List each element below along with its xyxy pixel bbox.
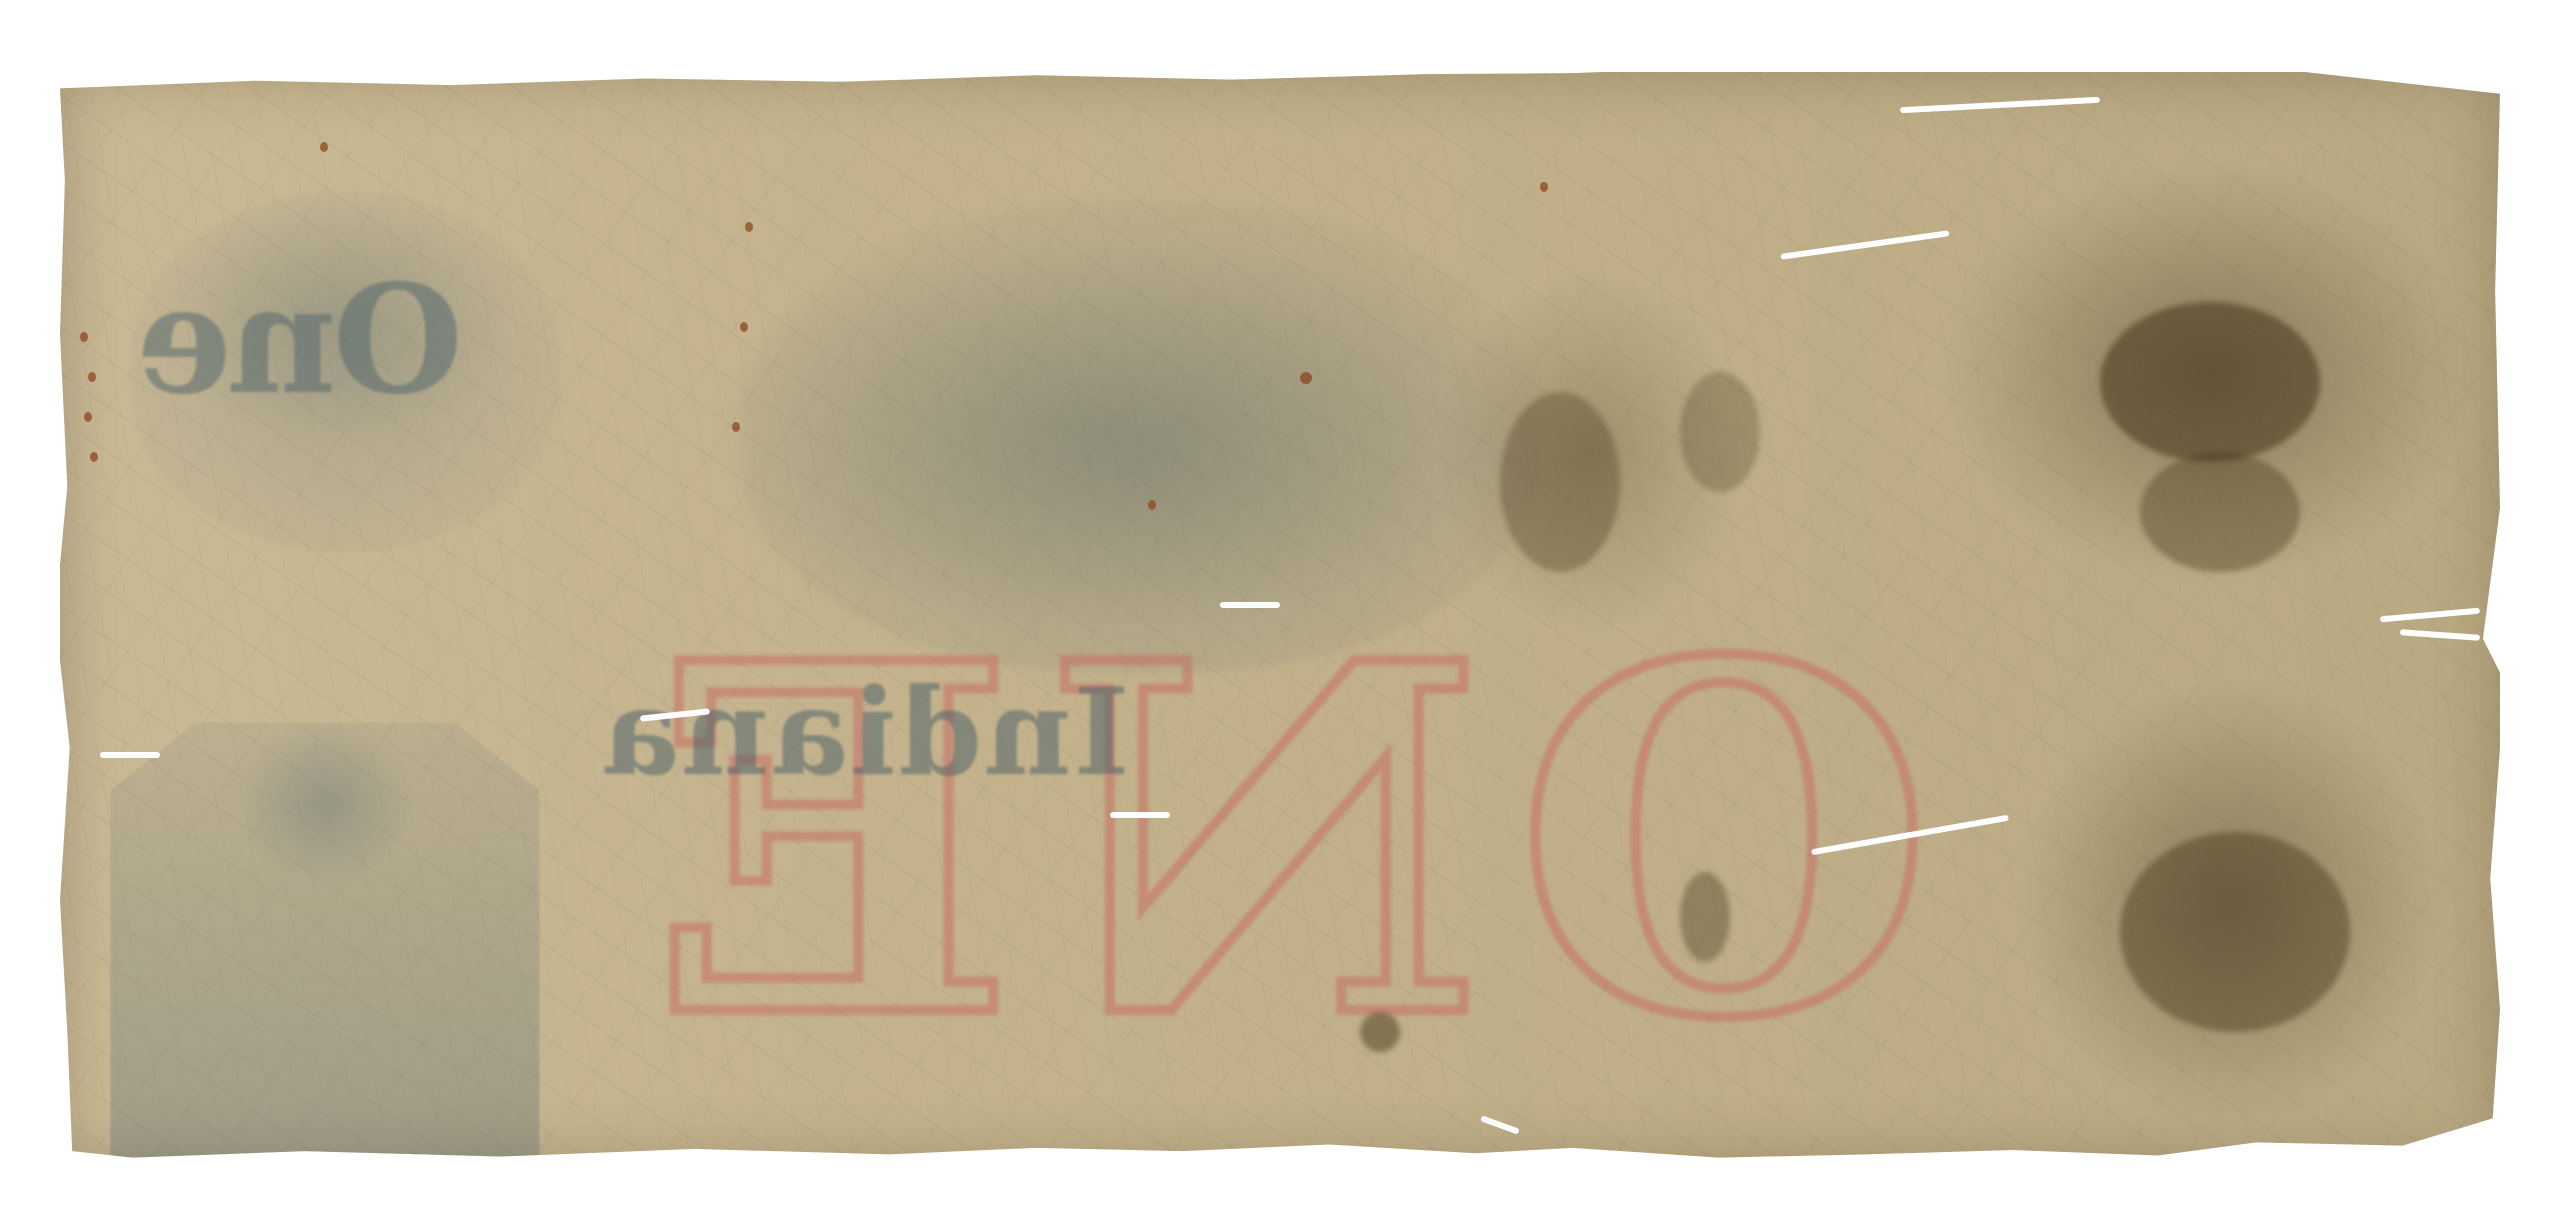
foxing-spot (1148, 500, 1156, 510)
paper-tear (2380, 608, 2480, 623)
paper-tear (100, 752, 160, 758)
foxing-spot (88, 372, 96, 382)
foxing-spot (1300, 372, 1312, 384)
paper-tear (1900, 97, 2100, 113)
foxing-spot (320, 142, 328, 152)
denomination-text-showthrough: One (140, 252, 463, 428)
foxing-spot (740, 322, 748, 332)
foxing-spot (90, 452, 98, 462)
stain (2120, 832, 2350, 1032)
stain (1680, 872, 1730, 962)
foxing-spot (80, 332, 88, 342)
paper-tear (1780, 230, 1949, 260)
banknote: One ONE Indiana (60, 72, 2500, 1162)
paper-tear (1110, 812, 1170, 818)
stain (1360, 1012, 1400, 1052)
portrait-vignette-showthrough (110, 722, 540, 1182)
paper-tear (1220, 602, 1280, 608)
foxing-spot (745, 222, 753, 232)
paper-tear (2400, 629, 2480, 641)
stain (1680, 372, 1760, 492)
stain (2140, 452, 2300, 572)
foxing-spot (732, 422, 740, 432)
state-name-showthrough: Indiana (600, 662, 1130, 803)
foxing-spot (1540, 182, 1548, 192)
stain (1500, 392, 1620, 572)
stain (2100, 302, 2320, 462)
foxing-spot (84, 412, 92, 422)
